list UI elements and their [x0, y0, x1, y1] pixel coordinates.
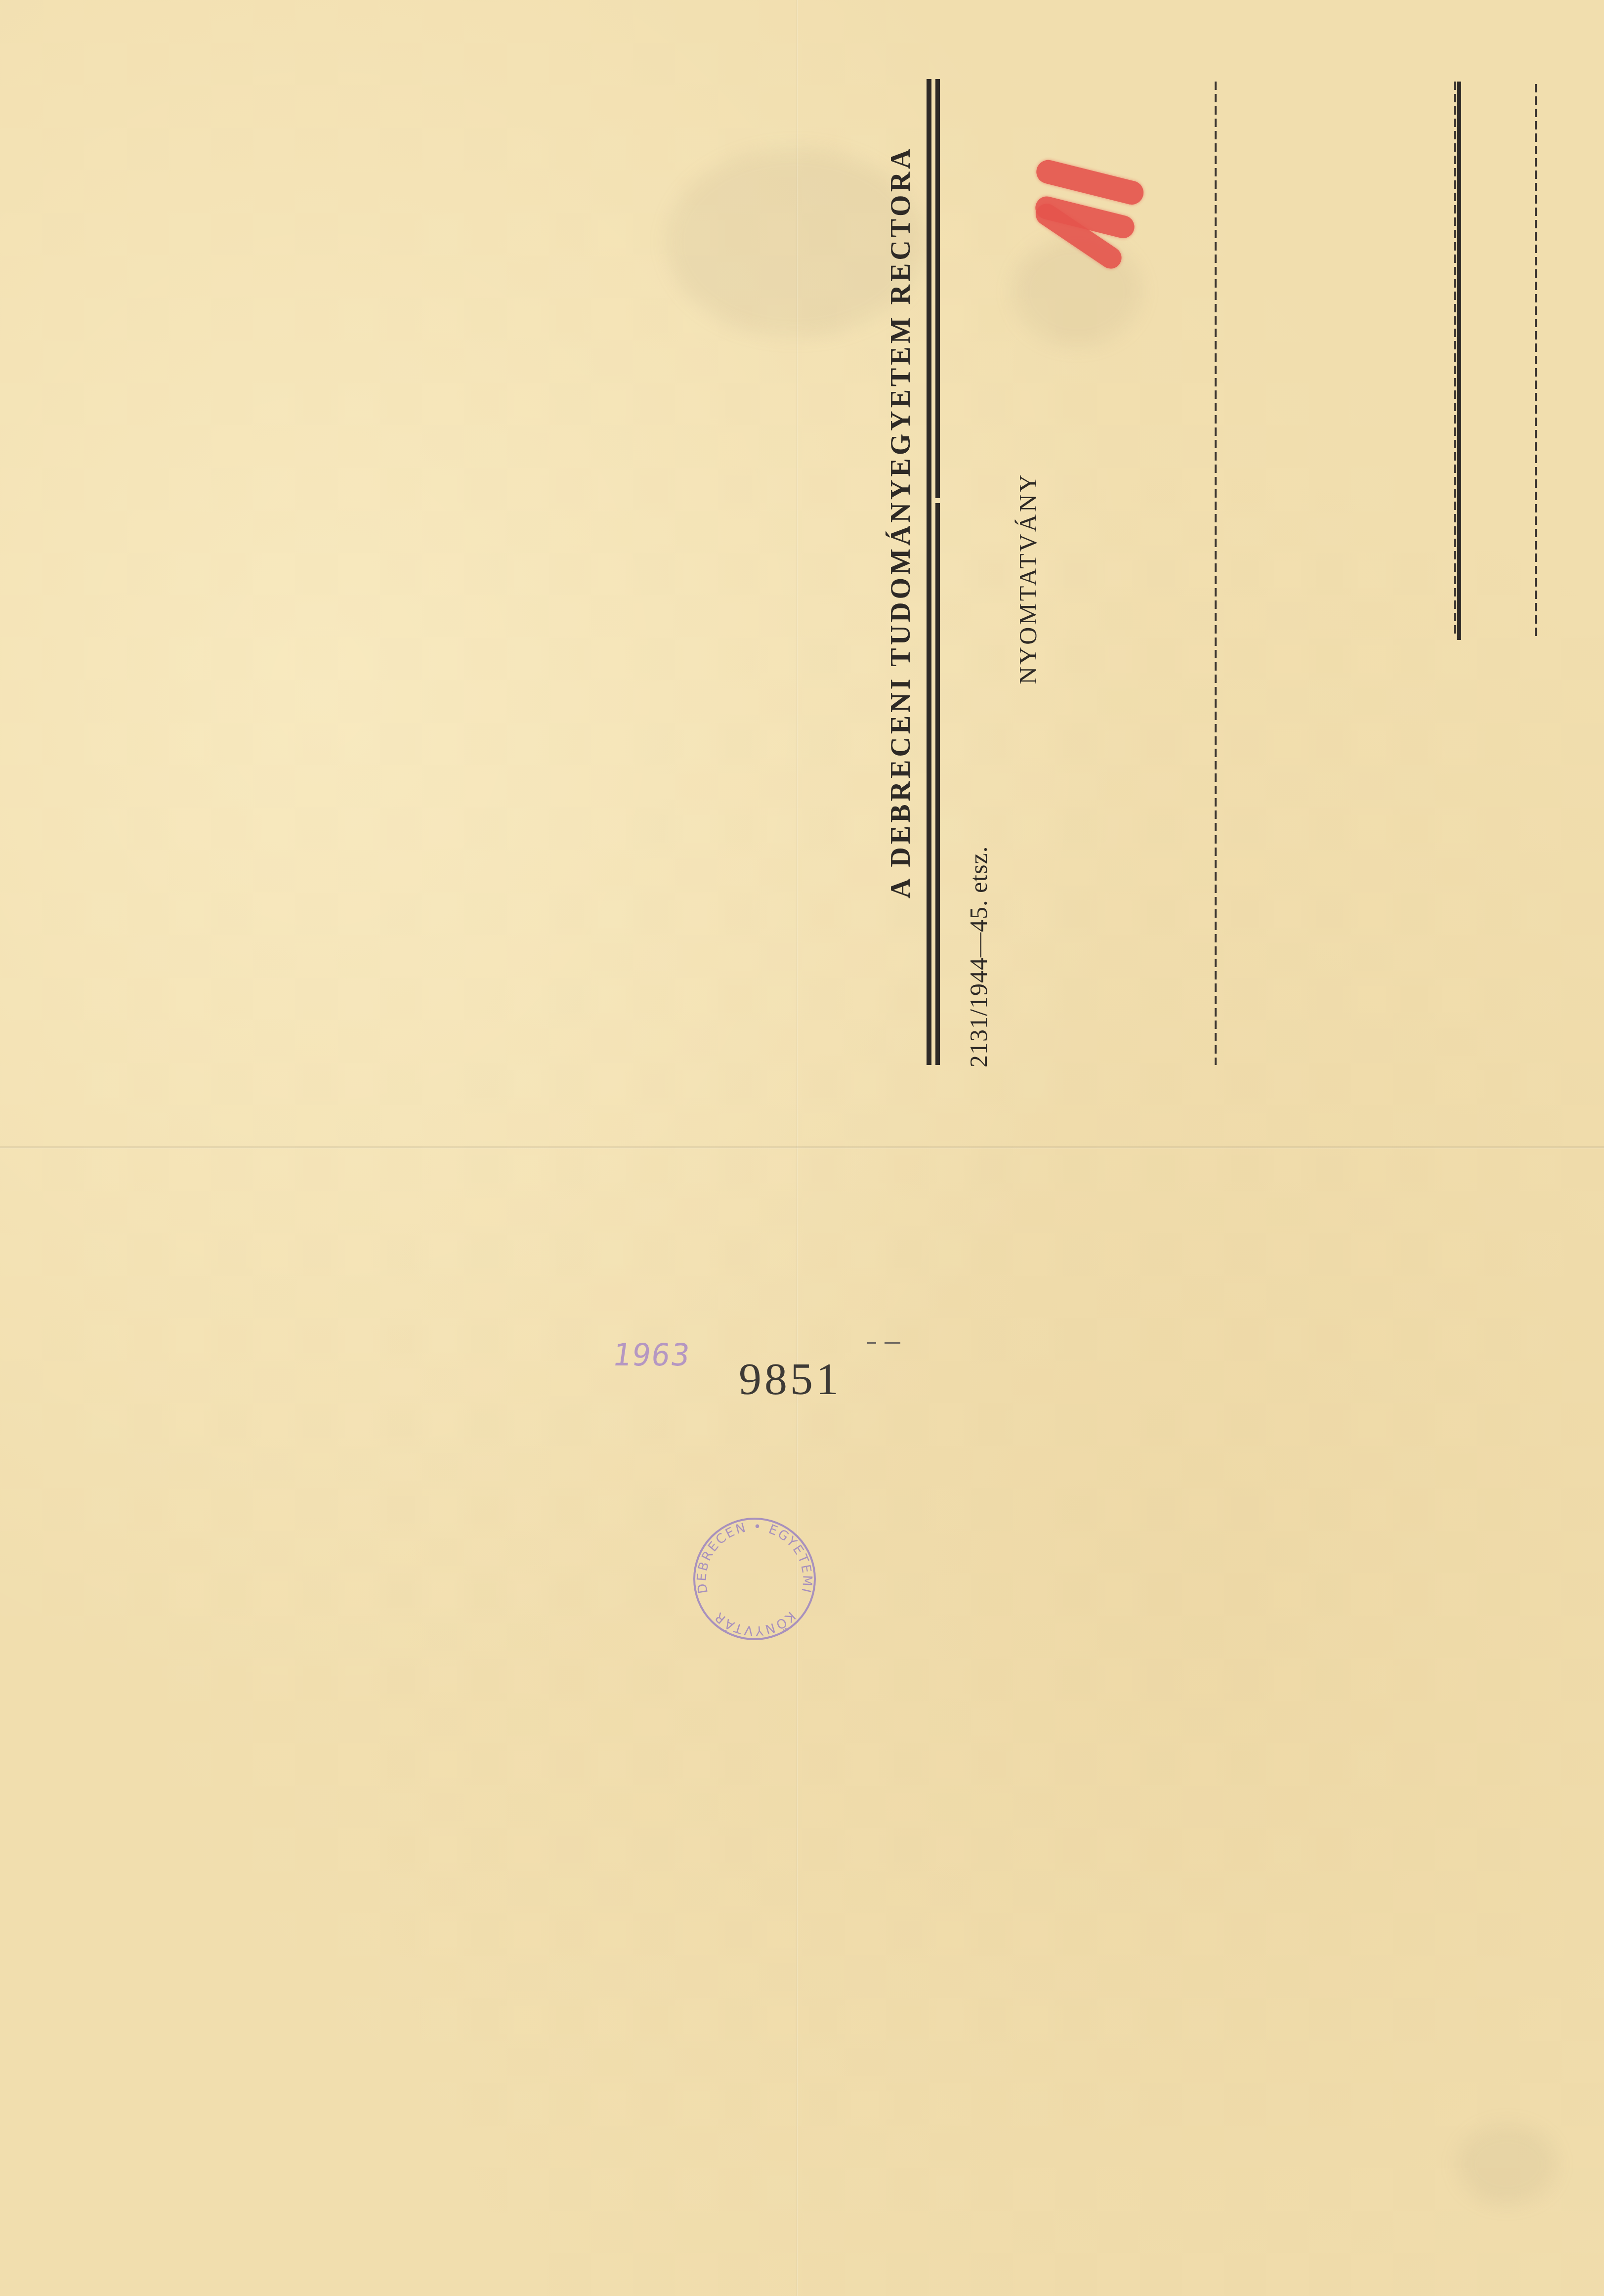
svg-text:DEBRECEN • EGYETEMI: DEBRECEN • EGYETEMI: [695, 1520, 815, 1595]
library-stamp-icon: DEBRECEN • EGYETEMI KÖNYVTÁR: [688, 1512, 821, 1646]
address-line-dashed: [1535, 84, 1537, 638]
paper-stain: [1013, 237, 1141, 346]
header-title: A DEBRECENI TUDOMÁNYEGYETEM RECTORA: [887, 146, 915, 898]
inventory-number: 9851: [739, 1353, 842, 1405]
pencil-dash: [867, 1342, 876, 1344]
address-line-dashed: [1215, 82, 1217, 1065]
address-line-solid: [1457, 82, 1461, 640]
paper-stain: [1458, 2125, 1557, 2204]
stamp-text-top: DEBRECEN • EGYETEMI: [695, 1520, 815, 1595]
reference-number: 2131/1944—45. etsz.: [966, 846, 991, 1067]
pencil-dash: [885, 1342, 900, 1344]
double-rule-inner-top: [935, 79, 940, 498]
double-rule-inner-bottom: [935, 503, 940, 1065]
stamp-text-bottom: KÖNYVTÁR: [711, 1609, 798, 1638]
address-line-dashed: [1454, 82, 1456, 638]
horizontal-fold-line: [0, 1147, 1604, 1148]
form-label: NYOMTATVÁNY: [1015, 472, 1040, 684]
svg-text:KÖNYVTÁR: KÖNYVTÁR: [711, 1609, 798, 1638]
double-rule-outer: [927, 79, 931, 1065]
year-stamp: 1963: [610, 1337, 693, 1373]
